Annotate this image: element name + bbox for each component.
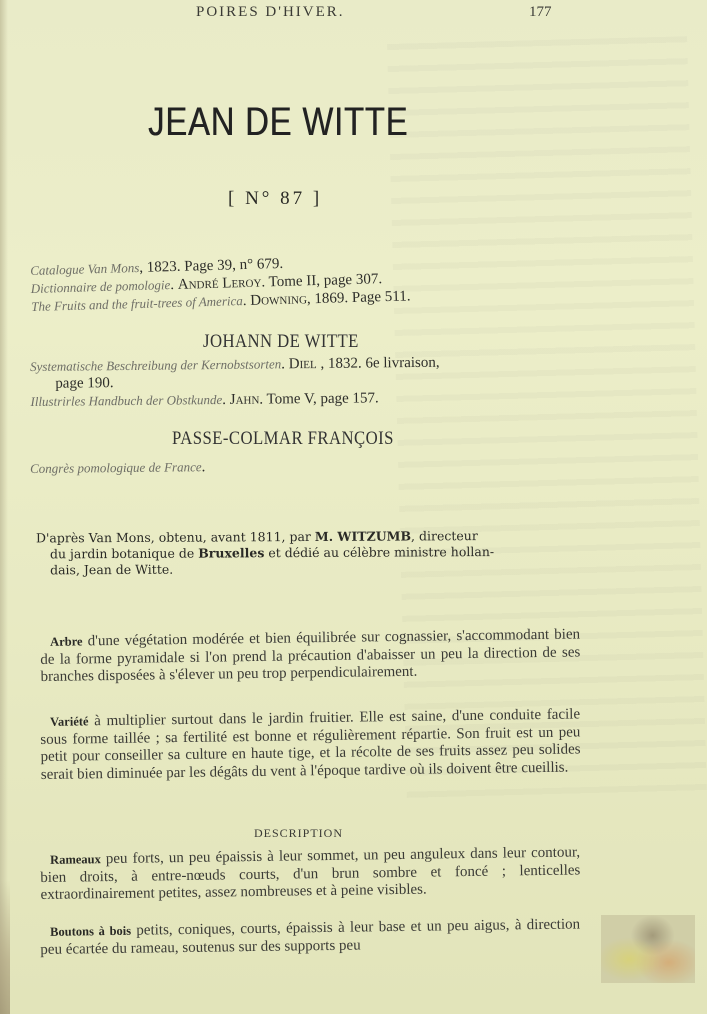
reference-author: Jahn <box>230 392 260 408</box>
paragraph-rameaux: Rameaux peu forts, un peu épaissis à leu… <box>40 844 581 904</box>
section-heading-description: DESCRIPTION <box>254 826 343 841</box>
origin-note: D'après Van Mons, obtenu, avant 1811, pa… <box>36 528 581 579</box>
synonym-heading: PASSE-COLMAR FRANÇOIS <box>172 428 394 450</box>
reference-title: Illustrirles Handbuch der Obstkunde <box>30 392 222 409</box>
paragraph-text: d'une végétation modérée et bien équilib… <box>40 626 580 685</box>
reference-author: Downing <box>250 291 307 309</box>
running-head: POIRES D'HIVER. <box>196 4 345 21</box>
synonym-heading: JOHANN DE WITTE <box>203 331 359 353</box>
reference-title: The Fruits and the fruit-trees of Americ… <box>31 293 243 314</box>
page-number: 177 <box>529 4 552 21</box>
reference-author: Diel <box>289 356 317 372</box>
show-through-text <box>387 36 707 804</box>
paragraph-lead: Boutons à bois <box>40 924 131 939</box>
book-page: POIRES D'HIVER. 177 JEAN DE WITTE [ N° 8… <box>0 0 707 1014</box>
paragraph-text: à multiplier surtout dans le jardin frui… <box>40 706 580 782</box>
place-name: Bruxelles <box>198 545 264 560</box>
origin-line: dais, Jean de Witte. <box>36 560 581 579</box>
entry-number: [ N° 87 ] <box>228 188 322 210</box>
entry-title: JEAN DE WITTE <box>148 100 408 145</box>
paragraph-variete: Variété à multiplier surtout dans le jar… <box>40 706 581 784</box>
paragraph-lead: Variété <box>40 714 89 729</box>
reference-title: Catalogue Van Mons <box>30 260 139 278</box>
synonym-references: Systematische Beschreibung der Kernobsts… <box>30 352 591 411</box>
paragraph-lead: Arbre <box>40 634 83 649</box>
pear-thumbnail-image <box>601 915 695 983</box>
reference-author: André Leroy <box>178 275 262 293</box>
paragraph-lead: Rameaux <box>40 852 101 867</box>
page-gutter-shadow <box>0 0 8 1014</box>
reference-title: Congrès pomologique de France <box>30 459 202 476</box>
breeder-name: M. WITZUMB <box>315 528 411 544</box>
paragraph-arbre: Arbre d'une végétation modérée et bien é… <box>40 626 581 686</box>
reference-title: Dictionnaire de pomologie <box>31 277 171 296</box>
paragraph-text: peu forts, un peu épaissis à leur sommet… <box>40 844 580 903</box>
reference-title: Systematische Beschreibung der Kernobsts… <box>30 356 281 374</box>
page-edge-shadow <box>0 880 10 1014</box>
paragraph-boutons: Boutons à bois petits, coniques, courts,… <box>40 916 580 959</box>
